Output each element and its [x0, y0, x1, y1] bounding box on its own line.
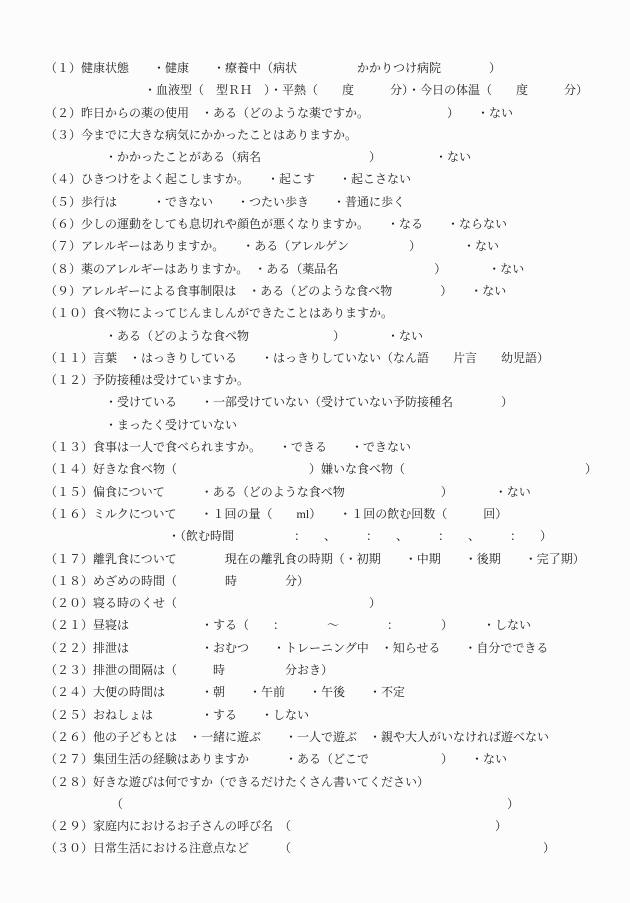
- form-line-25: （２０）寝る時のくせ（ ）: [45, 592, 625, 614]
- form-line-27: （２２）排泄は ・おむつ ・トレーニング中 ・知らせる ・自分でできる: [45, 637, 625, 659]
- form-line-33: （２８）好きな遊びは何ですか（できるだけたくさん書いてください）: [45, 771, 625, 793]
- form-line-32: （２７）集団生活の経験はありますか ・ある（どこで ） ・ない: [45, 748, 625, 770]
- questionnaire-form: （１）健康状態 ・健康 ・療養中（病状 かかりつけ病院 ）・血液型（ 型ＲＨ ）…: [45, 57, 625, 860]
- form-line-4: （３）今までに大きな病気にかかったことはありますか。: [45, 124, 625, 146]
- form-line-34: （ ）: [45, 793, 625, 815]
- form-line-8: （６）少しの運動をしても息切れや顔色が悪くなりますか。 ・なる ・ならない: [45, 213, 625, 235]
- form-line-28: （２３）排泄の間隔は（ 時 分おき）: [45, 659, 625, 681]
- form-line-21: （１６）ミルクについて ・１回の量（ ml） ・１回の飲む回数（ 回）: [45, 503, 625, 525]
- form-line-31: （２６）他の子どもとは ・一緒に遊ぶ ・一人で遊ぶ ・親や大人がいなければ遊べな…: [45, 726, 625, 748]
- form-line-13: ・ある（どのような食べ物 ） ・ない: [45, 325, 625, 347]
- form-line-16: ・受けている ・一部受けていない（受けていない予防接種名 ）: [45, 391, 625, 413]
- form-line-9: （７）アレルギーはありますか。 ・ある（アレルゲン ） ・ない: [45, 235, 625, 257]
- form-line-3: （２）昨日からの薬の使用 ・ある（どのような薬ですか。 ） ・ない: [45, 102, 625, 124]
- form-line-2: ・血液型（ 型ＲＨ ）・平熱（ 度 分）・今日の体温（ 度 分）: [45, 79, 625, 101]
- form-line-19: （１４）好きな食べ物（ ）嫌いな食べ物（ ）: [45, 458, 625, 480]
- questionnaire-page: （１）健康状態 ・健康 ・療養中（病状 かかりつけ病院 ）・血液型（ 型ＲＨ ）…: [0, 0, 630, 903]
- form-line-1: （１）健康状態 ・健康 ・療養中（病状 かかりつけ病院 ）: [45, 57, 625, 79]
- form-line-12: （１０）食べ物によってじんましんができたことはありますか。: [45, 302, 625, 324]
- form-line-15: （１２）予防接種は受けていますか。: [45, 369, 625, 391]
- form-line-23: （１７）離乳食について 現在の離乳食の時期（・初期 ・中期 ・後期 ・完了期）: [45, 548, 625, 570]
- form-line-30: （２５）おねしょは ・する ・しない: [45, 704, 625, 726]
- form-line-6: （４）ひきつけをよく起こしますか。 ・起こす ・起こさない: [45, 168, 625, 190]
- form-line-35: （２９）家庭内におけるお子さんの呼び名 （ ）: [45, 815, 625, 837]
- form-line-17: ・まったく受けていない: [45, 414, 625, 436]
- form-line-5: ・かかったことがある（病名 ） ・ない: [45, 146, 625, 168]
- form-line-14: （１１）言葉 ・はっきりしている ・はっきりしていない（なん語 片言 幼児語）: [45, 347, 625, 369]
- form-line-11: （９）アレルギーによる食事制限は ・ある（どのような食べ物 ） ・ない: [45, 280, 625, 302]
- form-line-10: （８）薬のアレルギーはありますか。 ・ある（薬品名 ） ・ない: [45, 258, 625, 280]
- form-line-18: （１３）食事は一人で食べられますか。 ・できる ・できない: [45, 436, 625, 458]
- form-line-36: （３０）日常生活における注意点など （ ）: [45, 837, 625, 859]
- form-line-26: （２１）昼寝は ・する（ ： 〜 ： ） ・しない: [45, 614, 625, 636]
- form-line-24: （１８）めざめの時間（ 時 分）: [45, 570, 625, 592]
- form-line-22: ・（飲む時間 ： 、 ： 、 ： 、 ： ）: [45, 525, 625, 547]
- form-line-29: （２４）大便の時間は ・朝 ・午前 ・午後 ・不定: [45, 681, 625, 703]
- form-line-20: （１５）偏食について ・ある（どのような食べ物 ） ・ない: [45, 481, 625, 503]
- form-line-7: （５）歩行は ・できない ・つたい歩き ・普通に歩く: [45, 191, 625, 213]
